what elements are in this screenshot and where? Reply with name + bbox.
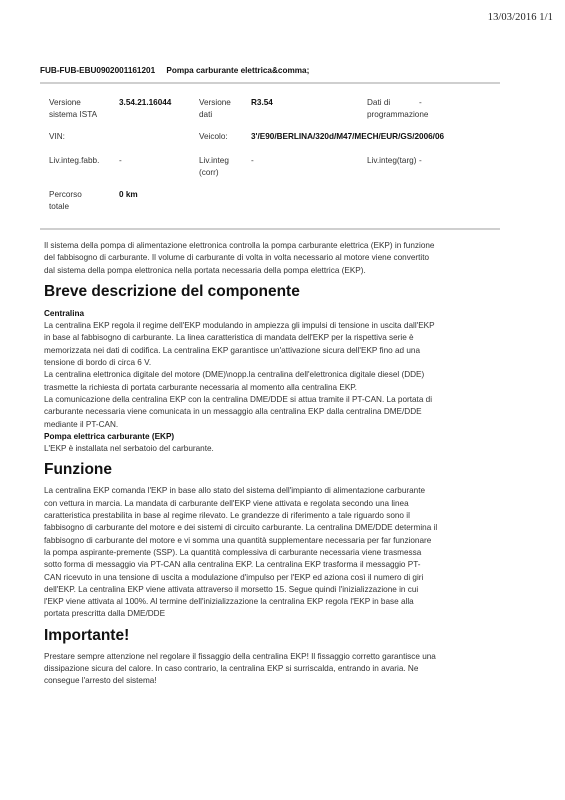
intro-line: Il sistema della pompa di alimentazione … xyxy=(44,240,514,252)
body-line: dissipazione sicura del calore. In caso … xyxy=(44,663,514,675)
body-line: La comunicazione della centralina EKP co… xyxy=(44,394,514,406)
label-versione-sistema-ista: Versione sistema ISTA xyxy=(49,97,97,120)
document-title: FUB-FUB-EBU0902001161201 Pompa carburant… xyxy=(40,66,309,75)
document-name: Pompa carburante elettrica&comma; xyxy=(166,66,309,75)
document-body: Il sistema della pompa di alimentazione … xyxy=(44,240,514,688)
body-line: carburante necessaria viene comunicata i… xyxy=(44,406,514,418)
body-line: consegue l'arresto del sistema! xyxy=(44,675,514,687)
body-line: la pompa aspirante-premente (SSP). La qu… xyxy=(44,547,514,559)
heading-funzione: Funzione xyxy=(44,461,514,479)
body-line: CAN ricevuto in una tensione di uscita a… xyxy=(44,572,514,584)
body-line: Prestare sempre attenzione nel regolare … xyxy=(44,651,514,663)
body-line: tensione di bordo di circa 6 V. xyxy=(44,357,514,369)
body-line: in base al fabbisogno di carburante. La … xyxy=(44,332,514,344)
body-line: dell'EKP. La centralina EKP viene attiva… xyxy=(44,584,514,596)
document-code: FUB-FUB-EBU0902001161201 xyxy=(40,66,155,75)
value-liv-integ-fabb: - xyxy=(119,155,122,167)
intro-paragraph: Il sistema della pompa di alimentazione … xyxy=(44,240,514,277)
label-line-2: (corr) xyxy=(199,167,229,179)
value-liv-integ-corr: - xyxy=(251,155,254,167)
subheading-pompa-elettrica: Pompa elettrica carburante (EKP) xyxy=(44,431,514,443)
label-line-1: Percorso xyxy=(49,189,82,201)
body-line: La centralina EKP comanda l'EKP in base … xyxy=(44,485,514,497)
label-line-2: dati xyxy=(199,109,231,121)
heading-breve-descrizione: Breve descrizione del componente xyxy=(44,283,514,301)
body-line: La centralina elettronica digitale del m… xyxy=(44,369,514,381)
heading-importante: Importante! xyxy=(44,627,514,645)
separator-top xyxy=(40,82,500,84)
label-percorso-totale: Percorso totale xyxy=(49,189,82,212)
label-line-2: programmazione xyxy=(367,109,428,121)
funzione-paragraph: La centralina EKP comanda l'EKP in base … xyxy=(44,485,514,620)
value-veicolo: 3'/E90/BERLINA/320d/M47/MECH/EUR/GS/2006… xyxy=(251,131,444,143)
subheading-centralina: Centralina xyxy=(44,308,514,320)
label-line-2: totale xyxy=(49,201,82,213)
body-line: portata prescritta dalla DME/DDE xyxy=(44,608,514,620)
label-line-1: Liv.integ xyxy=(199,155,229,167)
body-line: sotto forma di messaggio via PT-CAN alla… xyxy=(44,559,514,571)
pompa-paragraph: L'EKP è installata nel serbatoio del car… xyxy=(44,443,514,455)
label-versione-dati: Versione dati xyxy=(199,97,231,120)
label-line-1: Versione xyxy=(199,97,231,109)
label-line-2: sistema ISTA xyxy=(49,109,97,121)
label-line-1: Versione xyxy=(49,97,97,109)
label-vin: VIN: xyxy=(49,131,65,143)
body-line: La centralina EKP regola il regime dell'… xyxy=(44,320,514,332)
body-line: l'EKP viene attivata al 100%. Al termine… xyxy=(44,596,514,608)
intro-line: del fabbisogno di carburante. Il volume … xyxy=(44,252,514,264)
body-line: con vettura in marcia. La mandata di car… xyxy=(44,498,514,510)
label-liv-integ-fabb: Liv.integ.fabb. xyxy=(49,155,99,167)
body-line: memorizzata nei dati di codifica. La cen… xyxy=(44,345,514,357)
importante-paragraph: Prestare sempre attenzione nel regolare … xyxy=(44,651,514,688)
centralina-paragraph: La centralina EKP regola il regime dell'… xyxy=(44,320,514,431)
body-line: L'EKP è installata nel serbatoio del car… xyxy=(44,443,514,455)
value-dati-programmazione: - xyxy=(419,97,422,109)
body-line: fabbisogno di carburante del motore e vi… xyxy=(44,535,514,547)
value-versione-sistema-ista: 3.54.21.16044 xyxy=(119,97,171,109)
body-line: trasmette la richiesta di portata carbur… xyxy=(44,382,514,394)
value-percorso-totale: 0 km xyxy=(119,189,138,201)
label-veicolo: Veicolo: xyxy=(199,131,228,143)
separator-bottom xyxy=(40,228,500,230)
print-header-date-page: 13/03/2016 1/1 xyxy=(488,12,553,23)
intro-line: dal sistema della pompa elettronica nell… xyxy=(44,265,514,277)
body-line: caratteristica prestabilita in base al r… xyxy=(44,510,514,522)
body-line: mediante il PT-CAN. xyxy=(44,419,514,431)
label-liv-integ-corr: Liv.integ (corr) xyxy=(199,155,229,178)
value-versione-dati: R3.54 xyxy=(251,97,273,109)
body-line: fabbisogno di carburante del motore e de… xyxy=(44,522,514,534)
label-liv-integ-targ: Liv.integ(targ) xyxy=(367,155,416,167)
value-liv-integ-targ: - xyxy=(419,155,422,167)
